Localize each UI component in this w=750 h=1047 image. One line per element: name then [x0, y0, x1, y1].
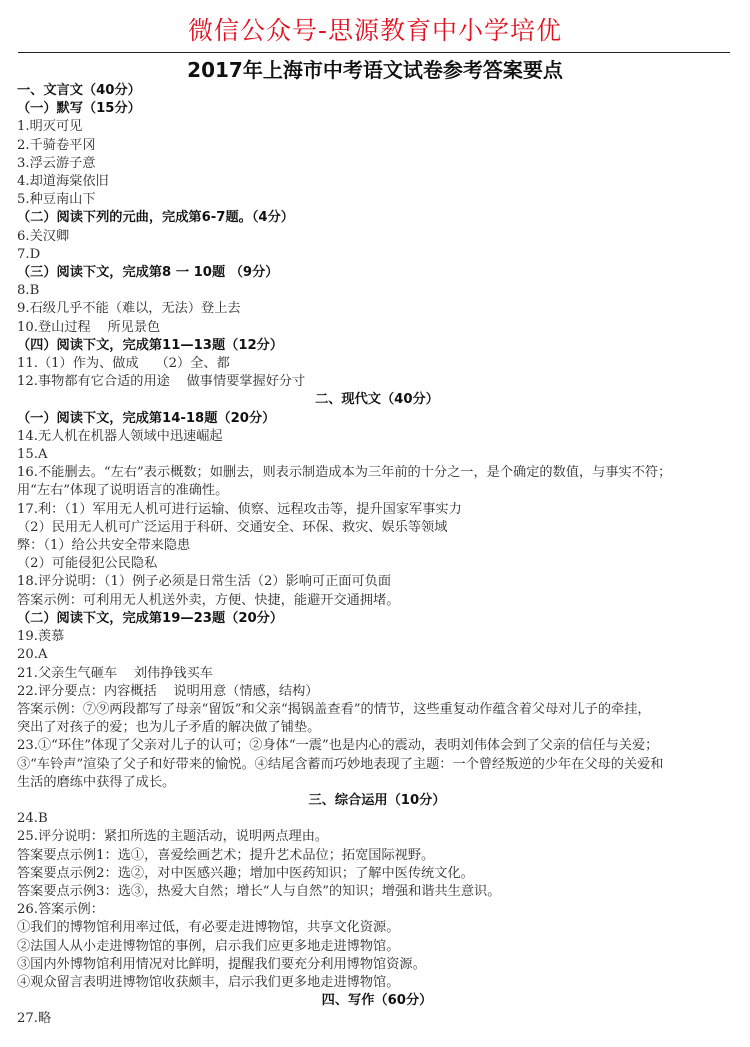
answer-line: 18.评分说明：（1）例子必须是日常生活（2）影响可正面可负面: [17, 573, 737, 591]
answer-line: 3.浮云游子意: [17, 155, 737, 173]
document-title: 2017年上海市中考语文试卷参考答案要点: [0, 56, 750, 84]
answer-line: 8.B: [17, 282, 737, 300]
answer-line: ②法国人从小走进博物馆的事例，启示我们应更多地走进博物馆。: [17, 938, 737, 956]
wechat-banner: 微信公众号-思源教育中小学培优: [0, 14, 750, 48]
answer-line: 5.种豆南山下: [17, 191, 737, 209]
answer-line: 突出了对孩子的爱；也为儿子矛盾的解决做了铺垫。: [17, 719, 737, 737]
answer-line: ③“车铃声”渲染了父子和好带来的愉悦。④结尾含蓄而巧妙地表现了主题：一个曾经叛逆…: [17, 756, 737, 774]
answer-line: 21.父亲生气砸车 刘伟挣钱买车: [17, 665, 737, 683]
answer-line: 25.评分说明：紧扣所选的主题活动，说明两点理由。: [17, 828, 737, 846]
answer-line: 6.关汉卿: [17, 228, 737, 246]
answer-line: 答案要点示例2：选②，对中医感兴趣；增加中医药知识；了解中医传统文化。: [17, 865, 737, 883]
answer-line: ③国内外博物馆利用情况对比鲜明，提醒我们要充分利用博物馆资源。: [17, 956, 737, 974]
answer-line: 7.D: [17, 246, 737, 264]
header-divider: [18, 52, 730, 53]
subsection-heading: （一）阅读下文，完成第14-18题（20分）: [17, 410, 737, 428]
answer-line: 弊：（1）给公共安全带来隐患: [17, 537, 737, 555]
section-heading: 二、现代文（40分）: [17, 391, 737, 409]
subsection-heading: 一、文言文（40分）: [17, 82, 737, 100]
answer-line: 9.石级几乎不能（难以，无法）登上去: [17, 300, 737, 318]
subsection-heading: （四）阅读下文，完成第11—13题（12分）: [17, 337, 737, 355]
answer-line: 4.却道海棠依旧: [17, 173, 737, 191]
answer-line: 27.略: [17, 1010, 737, 1028]
answer-line: 生活的磨练中获得了成长。: [17, 774, 737, 792]
answer-line: 22.评分要点：内容概括 说明用意（情感，结构）: [17, 683, 737, 701]
section-heading: 三、综合运用（10分）: [17, 792, 737, 810]
answer-line: 15.A: [17, 446, 737, 464]
answer-line: ④观众留言表明进博物馆收获颇丰，启示我们更多地走进博物馆。: [17, 974, 737, 992]
answer-content: 一、文言文（40分）（一）默写（15分）1.明灭可见2.千骑卷平冈3.浮云游子意…: [17, 82, 737, 1029]
answer-line: 用“左右”体现了说明语言的准确性。: [17, 482, 737, 500]
answer-line: 20.A: [17, 646, 737, 664]
section-heading: 四、写作（60分）: [17, 992, 737, 1010]
answer-line: 16.不能删去。“左右”表示概数；如删去，则表示制造成本为三年前的十分之一，是个…: [17, 464, 737, 482]
subsection-heading: （三）阅读下文，完成第8 一 10题 （9分）: [17, 264, 737, 282]
answer-line: 10.登山过程 所见景色: [17, 319, 737, 337]
answer-line: 2.千骑卷平冈: [17, 137, 737, 155]
answer-line: 1.明灭可见: [17, 118, 737, 136]
answer-line: 14.无人机在机器人领域中迅速崛起: [17, 428, 737, 446]
subsection-heading: （二）阅读下列的元曲，完成第6-7题。（4分）: [17, 209, 737, 227]
answer-line: 答案示例：⑦⑨两段都写了母亲“留饭”和父亲“揭锅盖查看”的情节，这些重复动作蕴含…: [17, 701, 737, 719]
subsection-heading: （二）阅读下文，完成第19—23题（20分）: [17, 610, 737, 628]
answer-line: ①我们的博物馆利用率过低，有必要走进博物馆，共享文化资源。: [17, 919, 737, 937]
answer-line: （2）可能侵犯公民隐私: [17, 555, 737, 573]
answer-line: 答案要点示例1：选①，喜爱绘画艺术；提升艺术品位；拓宽国际视野。: [17, 847, 737, 865]
subsection-heading: （一）默写（15分）: [17, 100, 737, 118]
answer-line: 11.（1）作为、做成 （2）全、都: [17, 355, 737, 373]
answer-line: 19.羡慕: [17, 628, 737, 646]
answer-line: 12.事物都有它合适的用途 做事情要掌握好分寸: [17, 373, 737, 391]
answer-line: 24.B: [17, 810, 737, 828]
answer-line: 答案要点示例3：选③，热爱大自然；增长“人与自然”的知识；增强和谐共生意识。: [17, 883, 737, 901]
answer-line: 26.答案示例：: [17, 901, 737, 919]
answer-line: （2）民用无人机可广泛运用于科研、交通安全、环保、救灾、娱乐等领域: [17, 519, 737, 537]
answer-line: 23.①“环住”体现了父亲对儿子的认可；②身体“一震”也是内心的震动，表明刘伟体…: [17, 737, 737, 755]
answer-line: 答案示例：可利用无人机送外卖，方便、快捷，能避开交通拥堵。: [17, 592, 737, 610]
answer-line: 17.利：（1）军用无人机可进行运输、侦察、远程攻击等，提升国家军事实力: [17, 501, 737, 519]
